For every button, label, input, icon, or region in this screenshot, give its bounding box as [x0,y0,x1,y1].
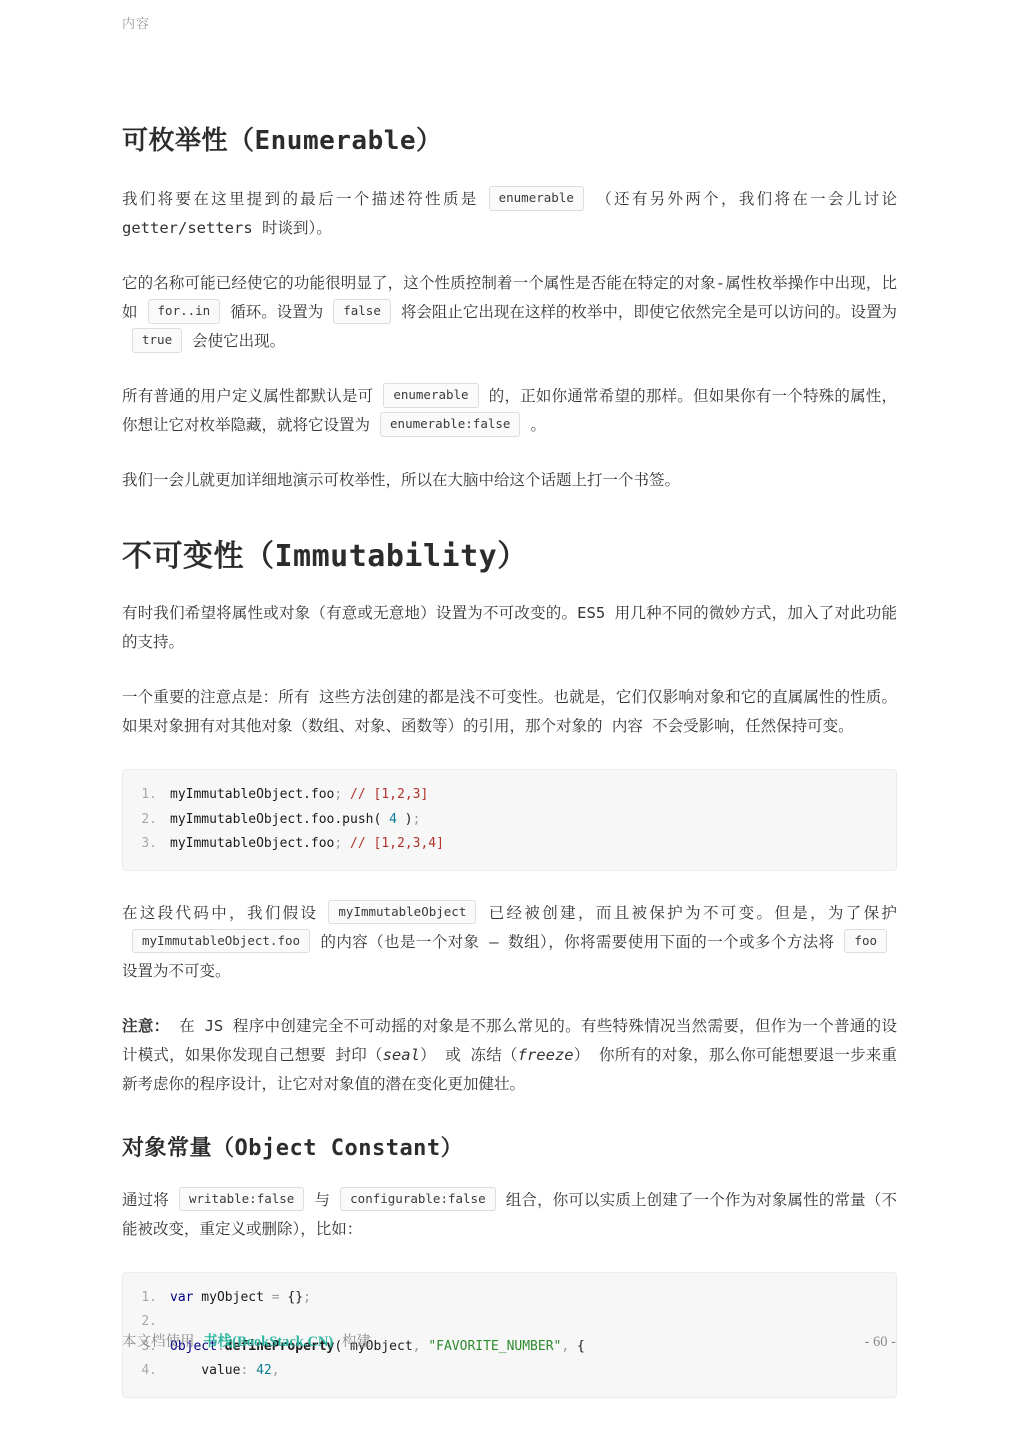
code-token: // [1,2,3] [350,787,428,802]
inline-code-badge: myImmutableObject.foo [132,929,310,954]
code-block-immutable-example: 1.myImmutableObject.foo; // [1,2,3]2.myI… [122,769,897,871]
code-token: = [272,1290,280,1305]
code-token [248,1363,256,1378]
code-token: value [170,1363,240,1378]
text-segment: ） 或 冻结（ [420,1046,518,1064]
paragraph-enumerable-intro: 我们将要在这里提到的最后一个描述符性质是enumerable（还有另外两个，我们… [122,185,897,243]
text-segment: 将会阻止它出现在这样的枚举中，即使它依然完全是可以访问的。设置为 [401,303,897,321]
inline-code-badge: false [333,299,391,324]
inline-code-badge: configurable:false [340,1187,495,1212]
footer-build-note: 本文档使用 书栈(BookStack.CN) 构建 [122,1330,371,1351]
heading-enumerable: 可枚举性（Enumerable） [122,120,897,157]
paragraph-immutability-shallow: 一个重要的注意点是：所有 这些方法创建的都是浅不可变性。也就是，它们仅影响对象和… [122,683,897,741]
text-segment: 一个重要的注意点是：所有 这些方法创建的都是浅不可变性。也就是，它们仅影响对象和… [122,688,897,735]
code-token: var [170,1290,193,1305]
footer-brand-link[interactable]: 书栈(BookStack.CN) [203,1334,333,1350]
inline-code-badge: writable:false [179,1187,304,1212]
paragraph-enumerable-default: 所有普通的用户定义属性都默认是可enumerable的，正如你通常希望的那样。但… [122,382,897,440]
text-segment: 循环。设置为 [230,303,323,321]
code-token: myObject [193,1290,271,1305]
inline-code-badge: myImmutableObject [328,900,476,925]
text-segment: 我们一会儿就更加详细地演示可枚举性，所以在大脑中给这个话题上打一个书签。 [122,471,680,489]
code-token: 42 [256,1363,272,1378]
text-segment: 。 [530,416,546,434]
paragraph-immutability-example: 在这段代码中，我们假设myImmutableObject已经被创建，而且被保护为… [122,899,897,986]
text-segment: 会使它出现。 [192,332,285,350]
inline-code-badge: foo [844,929,887,954]
footer-suffix: 构建 [342,1334,371,1350]
text-segment: freeze [518,1046,574,1064]
code-text: myImmutableObject.foo.push( 4 ); [170,808,420,833]
inline-code-badge: for..in [148,299,221,324]
line-number: 2. [123,808,157,833]
page-footer: 本文档使用 书栈(BookStack.CN) 构建 - 60 - [122,1330,896,1351]
line-number: 4. [123,1359,157,1384]
inline-code-badge: enumerable:false [380,412,520,437]
code-token: {} [280,1290,303,1305]
heading-immutability: 不可变性（Immutability） [122,531,897,575]
code-token: myImmutableObject.foo [170,836,334,851]
text-segment: 注意： [122,1017,169,1035]
text-segment: 所有普通的用户定义属性都默认是可 [122,387,373,405]
code-token: myImmutableObject.foo.push( [170,812,389,827]
text-segment: 我们将要在这里提到的最后一个描述符性质是 [122,190,479,208]
line-number: 3. [123,832,157,857]
paragraph-object-constant-intro: 通过将writable:false与configurable:false组合，你… [122,1186,897,1244]
code-token [342,836,350,851]
code-line: 2.myImmutableObject.foo.push( 4 ); [123,808,882,833]
text-segment: seal [383,1046,420,1064]
inline-code-badge: true [132,328,182,353]
code-token: // [1,2,3,4] [350,836,444,851]
code-token [342,787,350,802]
paragraph-immutability-intro: 有时我们希望将属性或对象（有意或无意地）设置为不可改变的。ES5 用几种不同的微… [122,599,897,657]
code-token: , [272,1363,280,1378]
code-text: myImmutableObject.foo; // [1,2,3] [170,783,428,808]
text-segment: 的内容（也是一个对象 — 数组），你将需要使用下面的一个或多个方法将 [320,933,834,951]
text-segment: 通过将 [122,1191,169,1209]
text-segment: 已经被创建，而且被保护为不可变。但是，为了保护 [486,904,897,922]
page-number: - 60 - [865,1334,896,1351]
code-token: 4 [389,812,397,827]
page-content: 可枚举性（Enumerable） 我们将要在这里提到的最后一个描述符性质是enu… [122,0,897,1426]
paragraph-enumerable-bookmark: 我们一会儿就更加详细地演示可枚举性，所以在大脑中给这个话题上打一个书签。 [122,466,897,495]
code-token: myImmutableObject.foo [170,787,334,802]
inline-code-badge: enumerable [489,186,584,211]
code-text: var myObject = {}; [170,1286,311,1311]
text-segment: 有时我们希望将属性或对象（有意或无意地）设置为不可改变的。ES5 用几种不同的微… [122,604,897,651]
code-line: 4. value: 42, [123,1359,882,1384]
footer-prefix: 本文档使用 [122,1334,195,1350]
line-number: 1. [123,1286,157,1311]
inline-code-badge: enumerable [383,383,478,408]
paragraph-immutability-note: 注意： 在 JS 程序中创建完全不可动摇的对象是不那么常见的。有些特殊情况当然需… [122,1012,897,1099]
heading-object-constant: 对象常量（Object Constant） [122,1131,897,1162]
code-text: value: 42, [170,1359,280,1384]
code-text: myImmutableObject.foo; // [1,2,3,4] [170,832,444,857]
code-token: ; [413,812,421,827]
code-line: 1.var myObject = {}; [123,1286,882,1311]
code-line: 3.myImmutableObject.foo; // [1,2,3,4] [123,832,882,857]
code-token: ; [303,1290,311,1305]
code-token: ) [397,812,413,827]
text-segment: 在这段代码中，我们假设 [122,904,318,922]
text-segment: 与 [314,1191,330,1209]
line-number: 1. [123,783,157,808]
code-line: 1.myImmutableObject.foo; // [1,2,3] [123,783,882,808]
text-segment: 设置为不可变。 [122,962,231,980]
paragraph-enumerable-behavior: 它的名称可能已经使它的功能很明显了，这个性质控制着一个属性是否能在特定的对象-属… [122,269,897,356]
